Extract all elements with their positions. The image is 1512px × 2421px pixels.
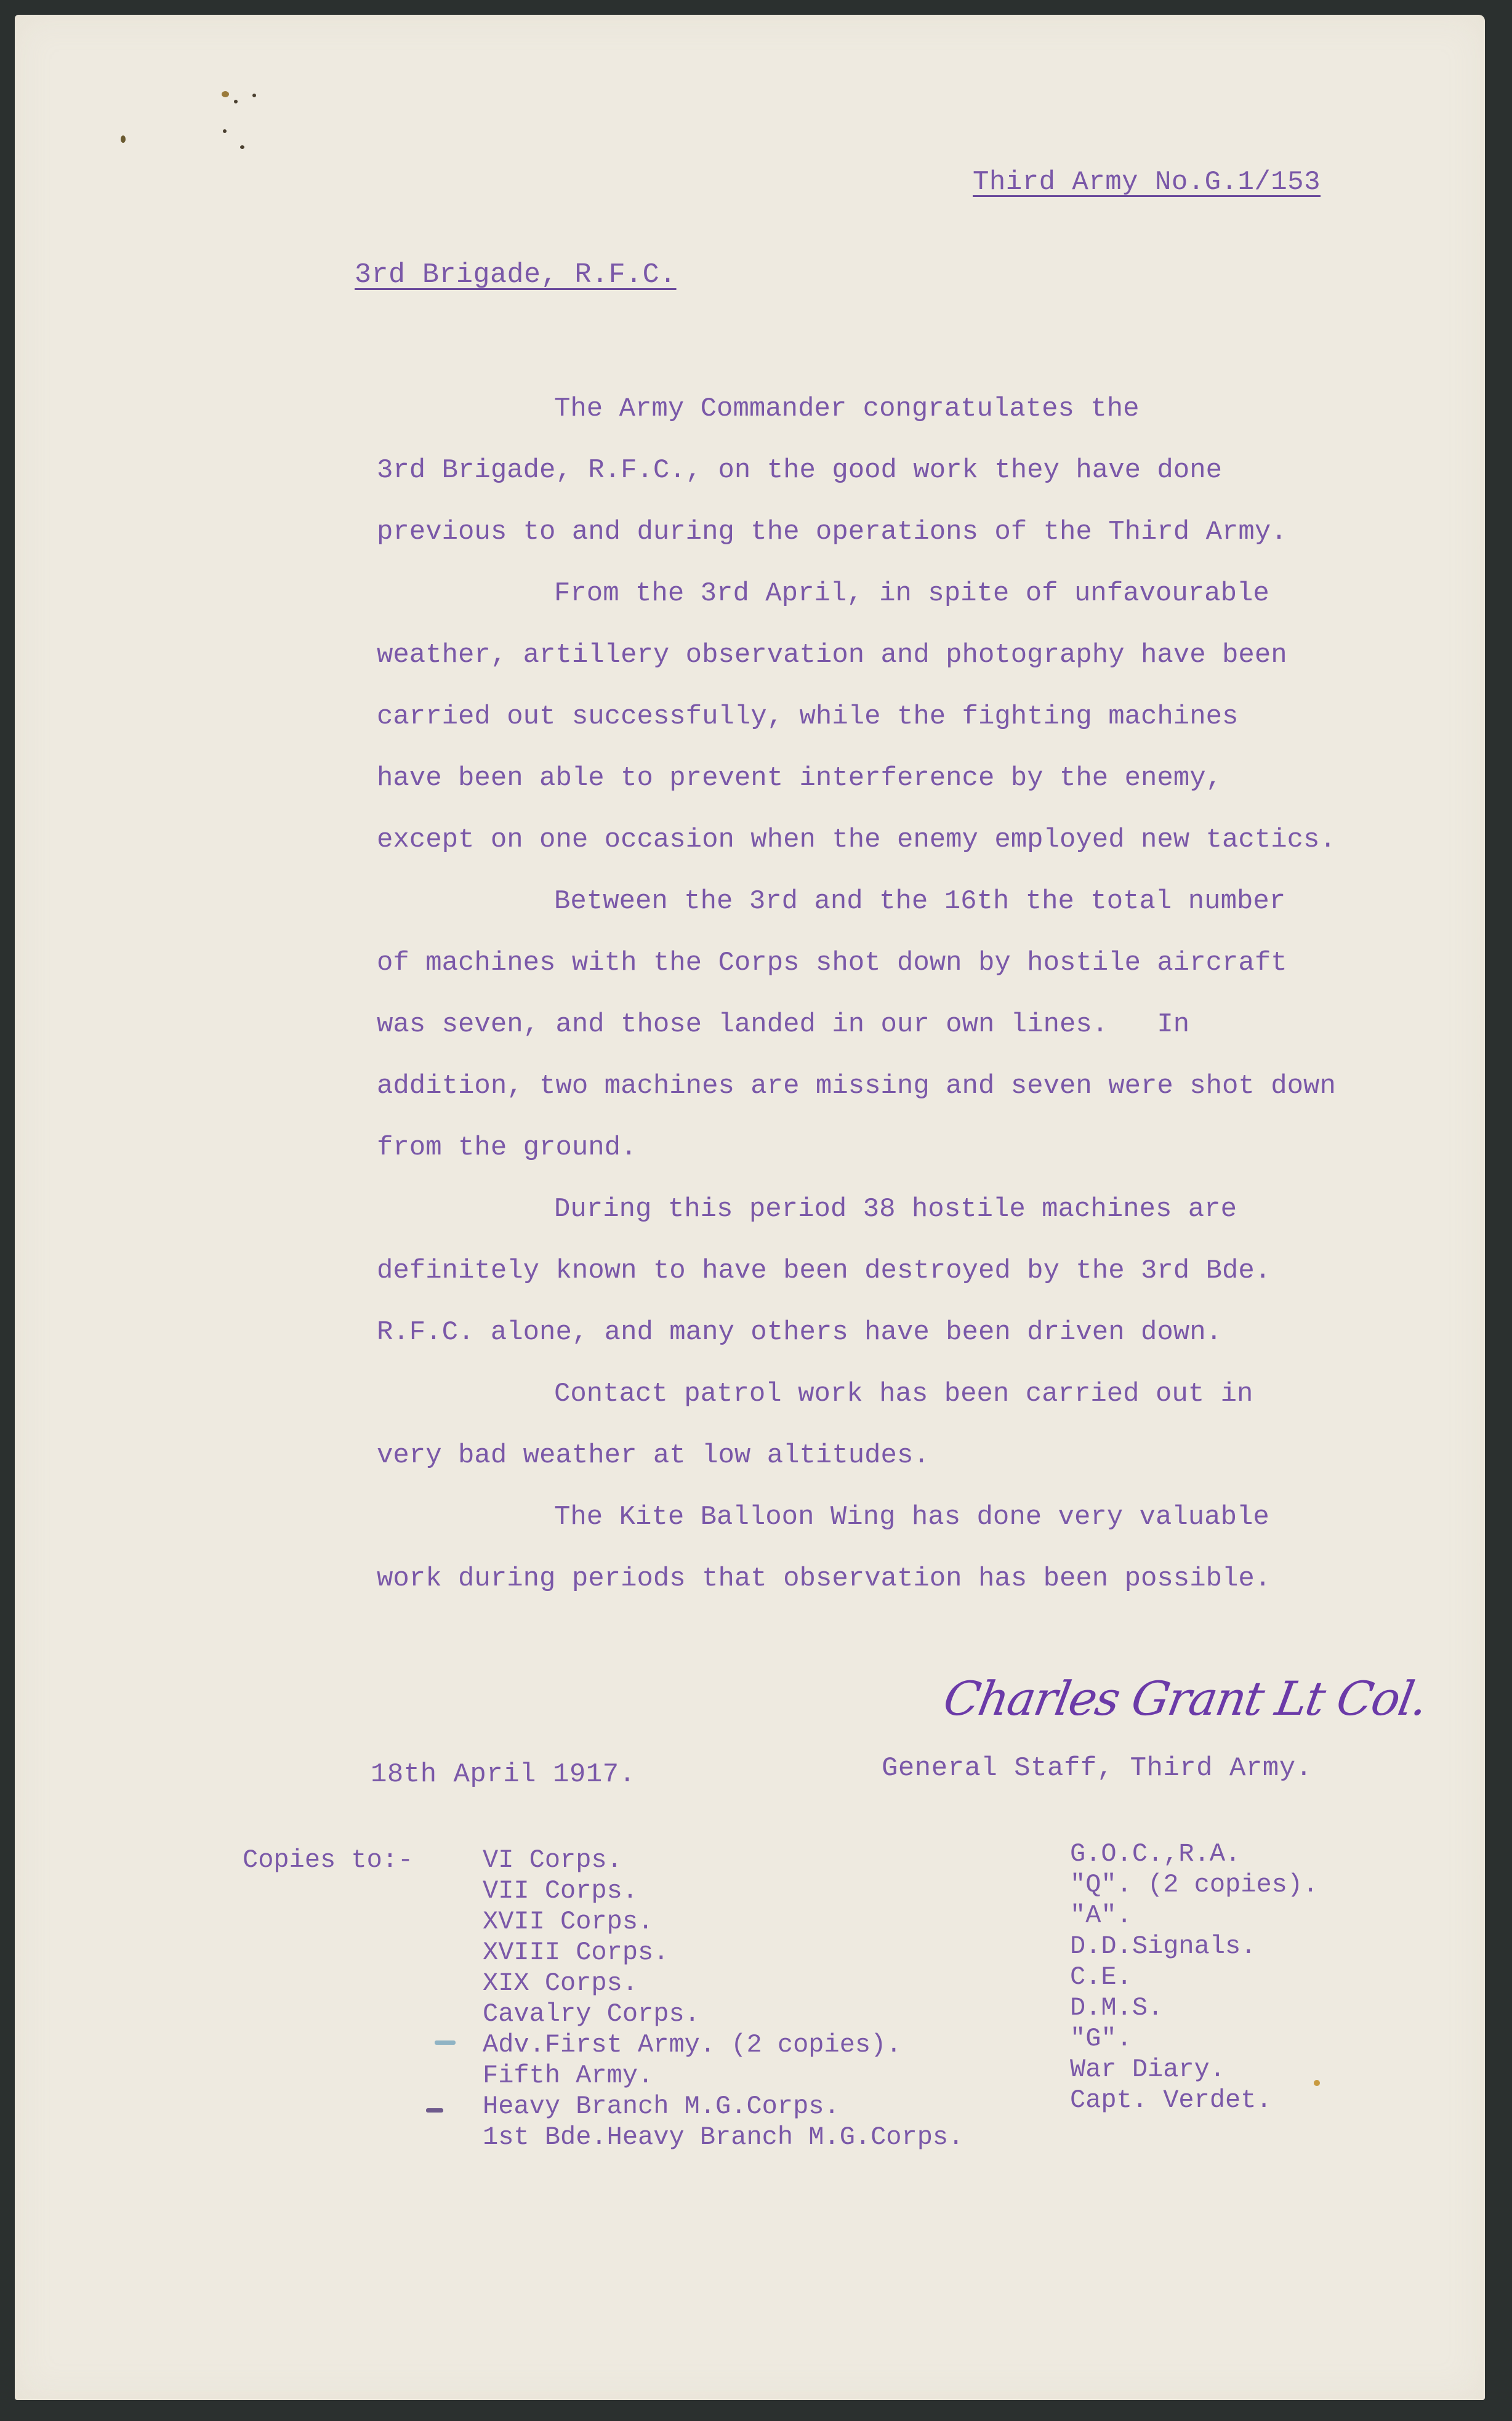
copy-recipient: XVII Corps. xyxy=(483,1906,963,1937)
blue-pencil-mark xyxy=(435,2040,456,2045)
body-line: of machines with the Corps shot down by … xyxy=(377,949,1287,977)
body-line: Contact patrol work has been carried out… xyxy=(554,1380,1253,1408)
body-line: The Army Commander congratulates the xyxy=(554,395,1140,422)
copies-label: Copies to:- xyxy=(243,1845,413,1875)
copy-recipient: "A". xyxy=(1070,1900,1318,1931)
document-page: Third Army No.G.1/153 3rd Brigade, R.F.C… xyxy=(15,15,1485,2400)
copy-recipient: D.D.Signals. xyxy=(1070,1931,1318,1962)
copy-recipient: Cavalry Corps. xyxy=(483,1999,963,2029)
copy-recipient: War Diary. xyxy=(1070,2054,1318,2085)
pencil-mark xyxy=(426,2108,443,2113)
body-line: previous to and during the operations of… xyxy=(377,518,1287,546)
body-line: carried out successfully, while the figh… xyxy=(377,703,1238,730)
paper-speck xyxy=(121,135,126,143)
body-line: definitely known to have been destroyed … xyxy=(377,1257,1271,1284)
body-line: The Kite Balloon Wing has done very valu… xyxy=(554,1504,1269,1531)
body-line: From the 3rd April, in spite of unfavour… xyxy=(554,580,1269,607)
paper-stain xyxy=(1314,2080,1320,2086)
body-line: from the ground. xyxy=(377,1134,637,1161)
copy-recipient: G.O.C.,R.A. xyxy=(1070,1839,1318,1869)
copy-recipient: "Q". (2 copies). xyxy=(1070,1869,1318,1900)
paper-speck xyxy=(234,100,238,103)
copy-recipient: Heavy Branch M.G.Corps. xyxy=(483,2091,963,2122)
copy-recipient: Fifth Army. xyxy=(483,2060,963,2091)
copy-recipient: Adv.First Army. (2 copies). xyxy=(483,2029,963,2060)
body-line: very bad weather at low altitudes. xyxy=(377,1442,930,1469)
body-line: have been able to prevent interference b… xyxy=(377,765,1222,792)
paper-speck xyxy=(222,91,229,97)
body-line: During this period 38 hostile machines a… xyxy=(554,1196,1237,1223)
copy-recipient: Capt. Verdet. xyxy=(1070,2085,1318,2116)
copy-recipient: XVIII Corps. xyxy=(483,1937,963,1968)
body-line: R.F.C. alone, and many others have been … xyxy=(377,1319,1222,1346)
copy-recipient: 1st Bde.Heavy Branch M.G.Corps. xyxy=(483,2122,963,2153)
copy-recipient: XIX Corps. xyxy=(483,1968,963,1999)
copies-list-left: VI Corps.VII Corps.XVII Corps.XVIII Corp… xyxy=(483,1845,963,2153)
body-line: addition, two machines are missing and s… xyxy=(377,1073,1336,1100)
body-line: work during periods that observation has… xyxy=(377,1565,1271,1592)
copy-recipient: D.M.S. xyxy=(1070,1992,1318,2023)
body-line: except on one occasion when the enemy em… xyxy=(377,826,1336,853)
handwritten-signature: Charles Grant Lt Col. xyxy=(939,1671,1431,1726)
body-line: was seven, and those landed in our own l… xyxy=(377,1011,1189,1038)
body-line: 3rd Brigade, R.F.C., on the good work th… xyxy=(377,457,1222,484)
paper-speck xyxy=(252,94,256,97)
copy-recipient: "G". xyxy=(1070,2023,1318,2054)
body-line: Between the 3rd and the 16th the total n… xyxy=(554,888,1285,915)
letter-date: 18th April 1917. xyxy=(371,1761,635,1788)
reference-number: Third Army No.G.1/153 xyxy=(973,169,1321,196)
paper-speck xyxy=(223,129,227,133)
copies-list-right: G.O.C.,R.A."Q". (2 copies)."A".D.D.Signa… xyxy=(1070,1839,1318,2116)
body-line: weather, artillery observation and photo… xyxy=(377,642,1287,669)
signatory-title: General Staff, Third Army. xyxy=(882,1755,1313,1782)
addressee: 3rd Brigade, R.F.C. xyxy=(355,261,677,289)
paper-speck xyxy=(240,145,244,149)
copy-recipient: VII Corps. xyxy=(483,1875,963,1906)
copy-recipient: C.E. xyxy=(1070,1962,1318,1992)
copy-recipient: VI Corps. xyxy=(483,1845,963,1875)
